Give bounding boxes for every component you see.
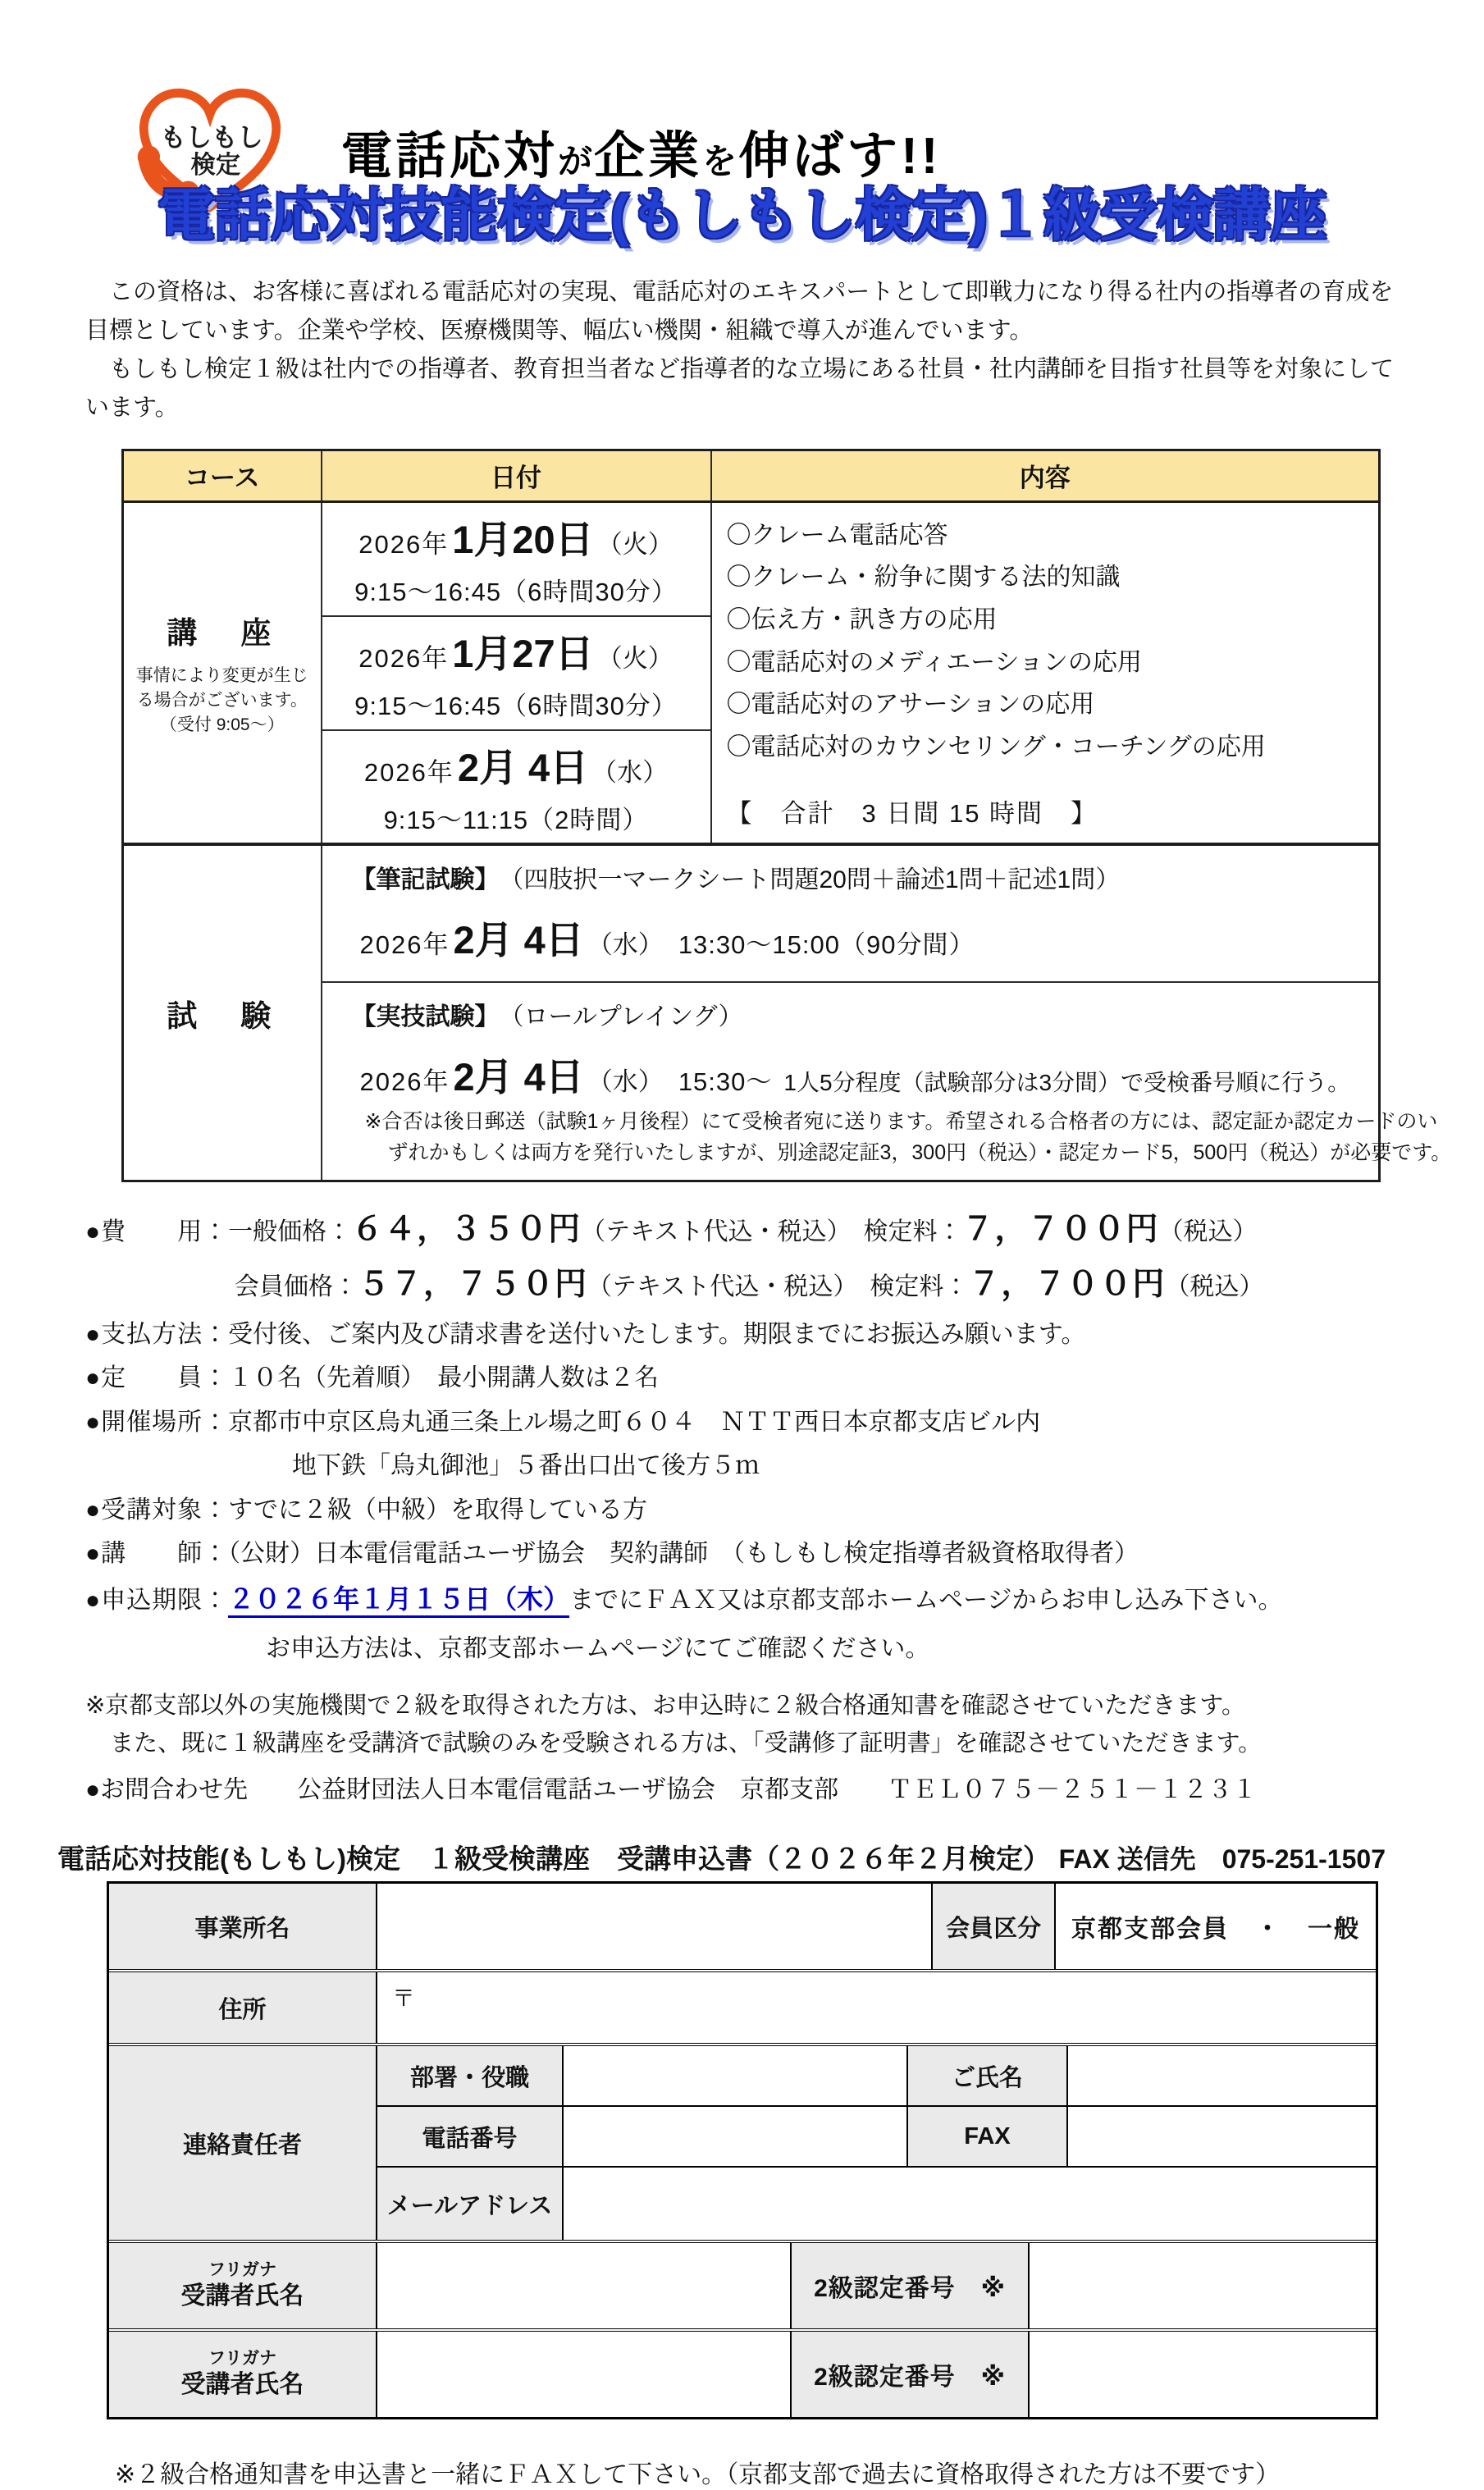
practical-exam-time: 15:30～: [678, 1067, 773, 1096]
application-method-line: お申込方法は、京都支部ホームページにてご確認ください。: [85, 1631, 1484, 1667]
course-note: 事情により変更が生じ: [125, 664, 320, 688]
header: もしもし 検定 電話応対が企業を伸ばす!!: [0, 0, 1484, 156]
exam-label: 試 験: [125, 991, 320, 1035]
practical-exam-desc: （ロールプレイング）: [487, 1003, 743, 1030]
content-total-hours: 【 合計 3 日間 15 時間 】: [727, 793, 1372, 829]
fee-line-general: ●費 用：一般価格：６４，３５０円（テキスト代込・税込） 検定料：７，７００円（…: [85, 1207, 1484, 1254]
course-content-cell: 〇クレーム電話応答 〇クレーム・紛争に関する法的知識 〇伝え方・訊き方の応用 〇…: [711, 501, 1380, 844]
session-3-date-cell: 2026年2月 4日（水） 9:15～11:15（2時間）: [322, 730, 711, 845]
lecturer-text: （公財）日本電信電話ユーザ協会 契約講師 （もしもし検定指導者級資格取得者）: [228, 1540, 1139, 1567]
session-year: 2026年: [364, 758, 454, 787]
session-2-date-cell: 2026年1月27日（火） 9:15～16:45（6時間30分）: [322, 616, 711, 730]
application-method-text: お申込方法は、京都支部ホームページにてご確認ください。: [266, 1635, 929, 1662]
practical-exam-day: 2月 4日: [453, 1055, 583, 1099]
intro-section: この資格は、お客様に喜ばれる電話応対の実現、電話応対のエキスパートとして即戦力に…: [85, 273, 1399, 427]
attendee-row-1: フリガナ 受講者氏名 2級認定番号 ※: [109, 2240, 1376, 2328]
attendee-name-label: 受講者氏名: [181, 2369, 304, 2401]
written-exam-weekday: （水）: [587, 930, 664, 959]
session-time: 9:15～11:15（2時間）: [323, 799, 710, 836]
cert-number-1-label: 2級認定番号 ※: [790, 2243, 1028, 2328]
content-item: 〇クレーム・紛争に関する法的知識: [727, 556, 1372, 599]
fee-general-mid: （テキスト代込・税込） 検定料：: [581, 1218, 961, 1245]
email-label: メールアドレス: [377, 2168, 562, 2240]
footer-note: ※２級合格通知書を申込書と一緒にＦＡＸして下さい。（京都支部で過去に資格取得され…: [115, 2454, 1484, 2490]
contact-line: ●お問合わせ先 公益財団法人日本電信電話ユーザ協会 京都支部 ＴＥＬ０７５－２５…: [85, 1770, 1484, 1810]
deadline-line: ●申込期限：２０２６年１月１５日（木）までにＦＡＸ又は京都支部ホームページからお…: [85, 1580, 1484, 1619]
fee-member-prefix: 会員価格：: [235, 1273, 358, 1300]
intro-paragraph-2: もしもし検定１級は社内での指導者、教育担当者など指導者的な立場にある社員・社内講…: [85, 350, 1399, 427]
practical-exam-heading: 【実技試験】: [352, 1003, 487, 1030]
cert-number-2-input[interactable]: [1028, 2332, 1376, 2417]
business-name-input[interactable]: [376, 1884, 931, 1969]
content-item: 〇電話応対のアサーションの応用: [727, 683, 1372, 726]
attendee-2-label: フリガナ 受講者氏名: [109, 2332, 376, 2417]
practical-exam-detail: 1人5分程度（試験部分は3分間）で受検番号順に行う。: [783, 1070, 1350, 1095]
name-label: ご氏名: [906, 2046, 1066, 2105]
capacity-line: ●定 員：１０名（先着順） 最小開講人数は２名: [85, 1360, 1484, 1396]
exam-result-note: ずれかもしくは両方を発行いたしますが、別途認定証3，300円（税込）・認定カード…: [388, 1138, 1371, 1169]
member-class-label: 会員区分: [931, 1884, 1054, 1969]
contact-person-subtable: 部署・役職 ご氏名 電話番号 FAX メールアドレス: [376, 2046, 1376, 2240]
intro-paragraph-1: この資格は、お客様に喜ばれる電話応対の実現、電話応対のエキスパートとして即戦力に…: [85, 273, 1399, 350]
venue-label: ●開催場所：: [85, 1409, 228, 1436]
application-form-table: 事業所名 会員区分 京都支部会員 ・ 一般 住所 〒 連絡責任者 部署・役職 ご…: [107, 1881, 1378, 2419]
venue-access-line: 地下鉄「烏丸御池」５番出口出て後方５ｍ: [85, 1448, 1484, 1484]
fee-general-tail: （税込）: [1159, 1218, 1258, 1245]
session-year: 2026年: [358, 530, 449, 559]
deadline-date-link[interactable]: ２０２６年１月１５日（木）: [228, 1584, 569, 1618]
course-details-section: ●費 用：一般価格：６４，３５０円（テキスト代込・税込） 検定料：７，７００円（…: [85, 1207, 1484, 1666]
attendee-2-name-input[interactable]: [376, 2332, 790, 2417]
attendee-name-label: 受講者氏名: [181, 2280, 304, 2312]
capacity-text: １０名（先着順） 最小開講人数は２名: [228, 1364, 659, 1391]
content-item: 〇伝え方・訊き方の応用: [727, 599, 1372, 642]
note-certificate-check: ※京都支部以外の実施機関で２級を取得された方は、お申込時に２級合格通知書を確認さ…: [85, 1687, 1484, 1725]
written-exam-cell: 【筆記試験】 （四肢択一マークシート問題20問＋論述1問＋記述1問） 2026年…: [322, 844, 1380, 982]
content-item: 〇電話応対のメディエーションの応用: [727, 642, 1372, 684]
written-exam-desc: （四肢択一マークシート問題20問＋論述1問＋記述1問）: [487, 866, 1121, 893]
dept-name-row: 部署・役職 ご氏名: [377, 2046, 1376, 2105]
notes-section: ※京都支部以外の実施機関で２級を取得された方は、お申込時に２級合格通知書を確認さ…: [85, 1687, 1484, 1811]
content-item: 〇クレーム電話応答: [727, 514, 1372, 557]
session-day: 1月27日: [452, 632, 593, 675]
exam-result-note: ※合否は後日郵送（試験1ヶ月後程）にて受検者宛に送ります。希望される合格者の方に…: [365, 1107, 1371, 1138]
email-input[interactable]: [562, 2168, 1376, 2240]
furigana-label: フリガナ: [208, 2348, 276, 2369]
deadline-text: までにＦＡＸ又は京都支部ホームページからお申し込み下さい。: [569, 1587, 1282, 1614]
page-title: 電話応対技能検定(もしもし検定)１級受検講座: [0, 169, 1484, 252]
flyer-page: もしもし 検定 電話応対が企業を伸ばす!! 電話応対技能検定(もしもし検定)１級…: [0, 0, 1484, 2490]
business-name-label: 事業所名: [109, 1884, 376, 1969]
contact-person-label: 連絡責任者: [109, 2046, 376, 2240]
fax-destination: FAX 送信先 075-251-1507: [1059, 1839, 1386, 1876]
contact-person-rows: 連絡責任者 部署・役職 ご氏名 電話番号 FAX メールアドレス: [109, 2043, 1376, 2240]
email-row: メールアドレス: [377, 2166, 1376, 2240]
column-header-content: 内容: [711, 450, 1380, 501]
target-text: すでに２級（中級）を取得している方: [228, 1496, 647, 1524]
furigana-label: フリガナ: [208, 2259, 276, 2280]
phone-label: 電話番号: [377, 2107, 562, 2166]
written-exam-day: 2月 4日: [453, 918, 583, 962]
application-form-title: 電話応対技能(もしもし)検定 １級受検講座 受講申込書（２０２６年２月検定）: [57, 1838, 1050, 1876]
session-day: 1月20日: [452, 518, 593, 561]
target-label: ●受講対象：: [85, 1496, 228, 1524]
member-class-choice[interactable]: 京都支部会員 ・ 一般: [1054, 1884, 1376, 1969]
practical-exam-cell: 【実技試験】 （ロールプレイング） 2026年2月 4日（水）15:30～1人5…: [322, 982, 1380, 1181]
cert-number-1-input[interactable]: [1028, 2243, 1376, 2328]
lecturer-label: ●講 師：: [85, 1540, 228, 1567]
schedule-table: コース 日付 内容 講 座 事情により変更が生じ る場合がございます。 （受付 …: [121, 449, 1381, 1183]
name-input[interactable]: [1066, 2046, 1376, 2105]
fee-general-exam-fee: ７，７００円: [962, 1212, 1159, 1247]
course-label: 講 座: [125, 608, 320, 652]
fee-member-tail: （税込）: [1165, 1273, 1263, 1300]
dept-input[interactable]: [562, 2046, 906, 2105]
dept-label: 部署・役職: [377, 2046, 562, 2105]
column-header-date: 日付: [322, 450, 711, 501]
session-year: 2026年: [358, 644, 449, 673]
session-weekday: （火）: [597, 530, 674, 559]
phone-input[interactable]: [562, 2107, 906, 2166]
target-line: ●受講対象：すでに２級（中級）を取得している方: [85, 1492, 1484, 1528]
attendee-row-2: フリガナ 受講者氏名 2級認定番号 ※: [109, 2328, 1376, 2417]
fee-label: ●費 用：: [85, 1218, 228, 1245]
session-time: 9:15～16:45（6時間30分）: [323, 685, 710, 722]
course-note: る場合がございます。: [125, 688, 320, 713]
address-row: 住所 〒: [109, 1969, 1376, 2043]
content-item: 〇電話応対のカウンセリング・コーチングの応用: [727, 726, 1372, 769]
venue-line: ●開催場所：京都市中京区烏丸通三条上ル場之町６０４ ＮＴＴ西日本京都支店ビル内: [85, 1405, 1484, 1441]
lecturer-line: ●講 師：（公財）日本電信電話ユーザ協会 契約講師 （もしもし検定指導者級資格取…: [85, 1536, 1484, 1572]
cert-number-2-label: 2級認定番号 ※: [790, 2332, 1028, 2417]
attendee-1-label: フリガナ 受講者氏名: [109, 2243, 376, 2328]
written-exam-heading: 【筆記試験】: [352, 866, 487, 893]
venue-access-text: 地下鉄「烏丸御池」５番出口出て後方５ｍ: [292, 1452, 760, 1479]
column-header-course: コース: [123, 450, 322, 501]
business-name-row: 事業所名 会員区分 京都支部会員 ・ 一般: [109, 1884, 1376, 1969]
fee-member-mid: （テキスト代込・税込） 検定料：: [587, 1273, 968, 1300]
exam-label-cell: 試 験: [123, 844, 322, 1181]
attendee-1-name-input[interactable]: [376, 2243, 790, 2328]
practical-exam-weekday: （水）: [587, 1067, 664, 1096]
schedule-header-row: コース 日付 内容: [123, 450, 1380, 501]
payment-text: 受付後、ご案内及び請求書を送付いたします。期限までにお振込み願います。: [228, 1321, 1085, 1348]
course-cell: 講 座 事情により変更が生じ る場合がございます。 （受付 9:05～）: [123, 501, 322, 844]
session-weekday: （水）: [591, 758, 668, 787]
course-note: （受付 9:05～）: [125, 713, 320, 738]
address-label: 住所: [109, 1972, 376, 2043]
payment-line: ●支払方法：受付後、ご案内及び請求書を送付いたします。期限までにお振込み願います…: [85, 1317, 1484, 1353]
fee-member-exam-fee: ７，７００円: [968, 1267, 1165, 1302]
written-exam-year: 2026年: [360, 930, 450, 959]
session-time: 9:15～16:45（6時間30分）: [323, 571, 710, 608]
fee-general-price: ６４，３５０円: [351, 1212, 581, 1247]
payment-label: ●支払方法：: [85, 1321, 228, 1348]
written-exam-time: 13:30～15:00（90分間）: [678, 930, 975, 959]
written-exam-row: 試 験 【筆記試験】 （四肢択一マークシート問題20問＋論述1問＋記述1問） 2…: [123, 844, 1380, 982]
application-form-header: 電話応対技能(もしもし)検定 １級受検講座 受講申込書（２０２６年２月検定） F…: [57, 1838, 1386, 1876]
postal-mark: 〒: [392, 1981, 415, 2013]
session-1-date-cell: 2026年1月20日（火） 9:15～16:45（6時間30分）: [322, 501, 711, 615]
session-day: 2月 4日: [458, 746, 588, 789]
note-completion-certificate: また、既に１級講座を受講済で試験のみを受験される方は、「受講修了証明書」を確認さ…: [85, 1725, 1484, 1762]
fee-line-member: 会員価格：５７，７５０円（テキスト代込・税込） 検定料：７，７００円（税込）: [85, 1262, 1484, 1309]
phone-fax-row: 電話番号 FAX: [377, 2105, 1376, 2166]
capacity-label: ●定 員：: [85, 1364, 228, 1391]
deadline-label: ●申込期限：: [85, 1587, 228, 1614]
session-weekday: （火）: [597, 644, 674, 673]
fax-input[interactable]: [1066, 2107, 1376, 2166]
address-input[interactable]: 〒: [376, 1972, 1376, 2043]
fee-member-price: ５７，７５０円: [358, 1267, 587, 1302]
session-row-1: 講 座 事情により変更が生じ る場合がございます。 （受付 9:05～） 202…: [123, 501, 1380, 615]
practical-exam-year: 2026年: [360, 1067, 450, 1096]
logo-text-line1: もしもし: [160, 123, 263, 152]
venue-text: 京都市中京区烏丸通三条上ル場之町６０４ ＮＴＴ西日本京都支店ビル内: [228, 1409, 1040, 1436]
fax-label: FAX: [906, 2107, 1066, 2166]
fee-general-prefix: 一般価格：: [228, 1218, 351, 1245]
